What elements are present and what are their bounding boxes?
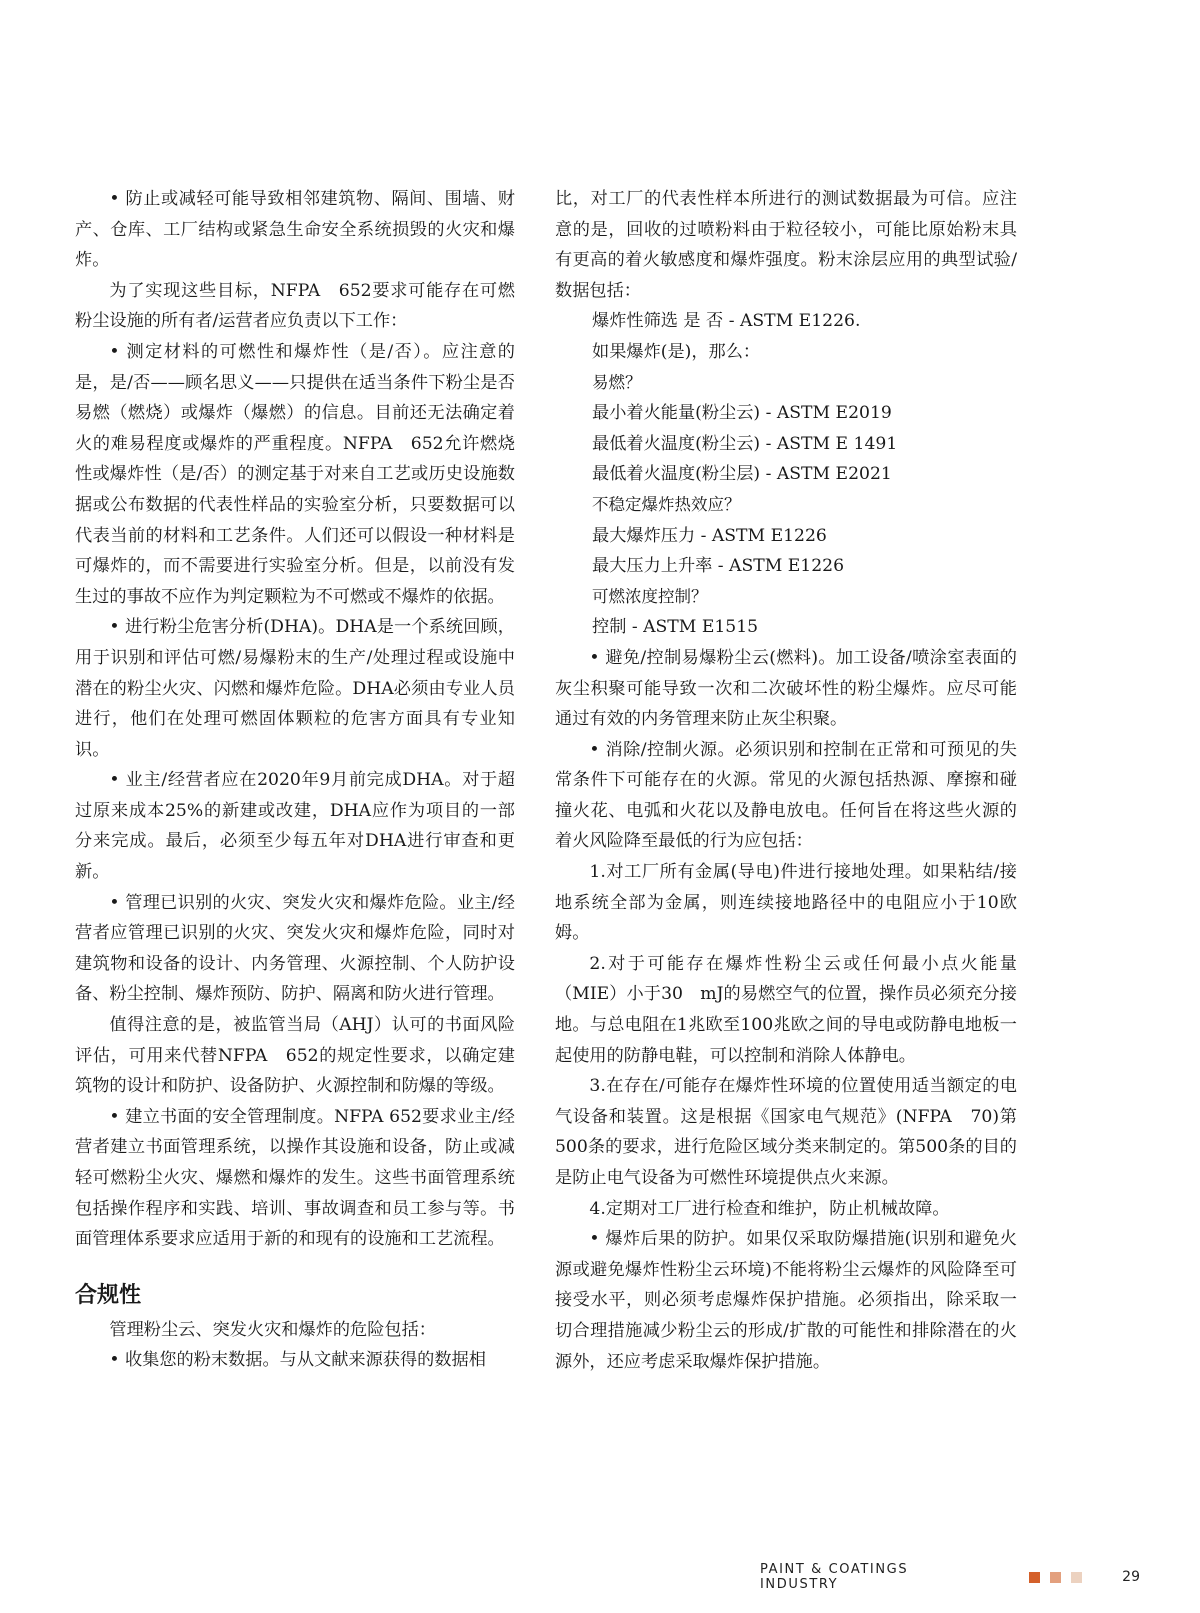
paragraph: • 消除/控制火源。必须识别和控制在正常和可预见的失常条件下可能存在的火源。常见… [555, 735, 1017, 857]
paragraph: • 测定材料的可燃性和爆炸性（是/否）。应注意的是，是/否——顾名思义——只提供… [75, 337, 515, 612]
paragraph: • 防止或减轻可能导致相邻建筑物、隔间、围墙、财产、仓库、工厂结构或紧急生命安全… [75, 184, 515, 276]
paragraph: 管理粉尘云、突发火灾和爆炸的危险包括： [75, 1315, 515, 1346]
page-footer: PAINT & COATINGS INDUSTRY 29 [760, 1566, 1140, 1588]
paragraph: 值得注意的是，被监管当局（AHJ）认可的书面风险评估，可用来代替NFPA 652… [75, 1010, 515, 1102]
page-number: 29 [1122, 1569, 1140, 1585]
test-item: 最低着火温度(粉尘层) - ASTM E2021 [555, 459, 1017, 490]
test-question: 易燃？ [555, 368, 1017, 399]
test-item: 如果爆炸(是)，那么： [555, 337, 1017, 368]
left-column: • 防止或减轻可能导致相邻建筑物、隔间、围墙、财产、仓库、工厂结构或紧急生命安全… [75, 184, 515, 1376]
test-item: 爆炸性筛选 是 否 - ASTM E1226. [555, 306, 1017, 337]
square-icon [1029, 1572, 1040, 1583]
paragraph: • 管理已识别的火灾、突发火灾和爆炸危险。业主/经营者应管理已识别的火灾、突发火… [75, 888, 515, 1010]
square-icon [1050, 1572, 1061, 1583]
paragraph: • 进行粉尘危害分析(DHA)。DHA是一个系统回顾，用于识别和评估可燃/易爆粉… [75, 612, 515, 765]
paragraph: 为了实现这些目标，NFPA 652要求可能存在可燃粉尘设施的所有者/运营者应负责… [75, 276, 515, 337]
square-icon [1071, 1572, 1082, 1583]
paragraph: • 收集您的粉末数据。与从文献来源获得的数据相 [75, 1345, 515, 1376]
paragraph: 比，对工厂的代表性样本所进行的测试数据最为可信。应注意的是，回收的过喷粉料由于粒… [555, 184, 1017, 306]
section-heading: 合规性 [75, 1281, 515, 1311]
numbered-item: 1.对工厂所有金属(导电)件进行接地处理。如果粘结/接地系统全部为金属，则连续接… [555, 857, 1017, 949]
test-item: 最大爆炸压力 - ASTM E1226 [555, 521, 1017, 552]
paragraph: • 爆炸后果的防护。如果仅采取防爆措施(识别和避免火源或避免爆炸性粉尘云环境)不… [555, 1224, 1017, 1377]
paragraph: • 避免/控制易爆粉尘云(燃料)。加工设备/喷涂室表面的灰尘积聚可能导致一次和二… [555, 643, 1017, 735]
numbered-item: 2.对于可能存在爆炸性粉尘云或任何最小点火能量（MIE）小于30 mJ的易燃空气… [555, 949, 1017, 1071]
test-question: 不稳定爆炸热效应？ [555, 490, 1017, 521]
paragraph: • 业主/经营者应在2020年9月前完成DHA。对于超过原来成本25%的新建或改… [75, 765, 515, 887]
numbered-item: 4.定期对工厂进行检查和维护，防止机械故障。 [555, 1194, 1017, 1225]
test-question: 可燃浓度控制？ [555, 582, 1017, 613]
test-item: 最小着火能量(粉尘云) - ASTM E2019 [555, 398, 1017, 429]
numbered-item: 3.在存在/可能存在爆炸性环境的位置使用适当额定的电气设备和装置。这是根据《国家… [555, 1071, 1017, 1193]
test-item: 最低着火温度(粉尘云) - ASTM E 1491 [555, 429, 1017, 460]
publication-name: PAINT & COATINGS INDUSTRY [760, 1562, 987, 1592]
test-item: 控制 - ASTM E1515 [555, 612, 1017, 643]
decorative-squares [1029, 1572, 1092, 1583]
test-item: 最大压力上升率 - ASTM E1226 [555, 551, 1017, 582]
test-list: 爆炸性筛选 是 否 - ASTM E1226. 如果爆炸(是)，那么： 易燃？ … [555, 306, 1017, 643]
paragraph: • 建立书面的安全管理制度。NFPA 652要求业主/经营者建立书面管理系统，以… [75, 1102, 515, 1255]
right-column: 比，对工厂的代表性样本所进行的测试数据最为可信。应注意的是，回收的过喷粉料由于粒… [555, 184, 1017, 1377]
